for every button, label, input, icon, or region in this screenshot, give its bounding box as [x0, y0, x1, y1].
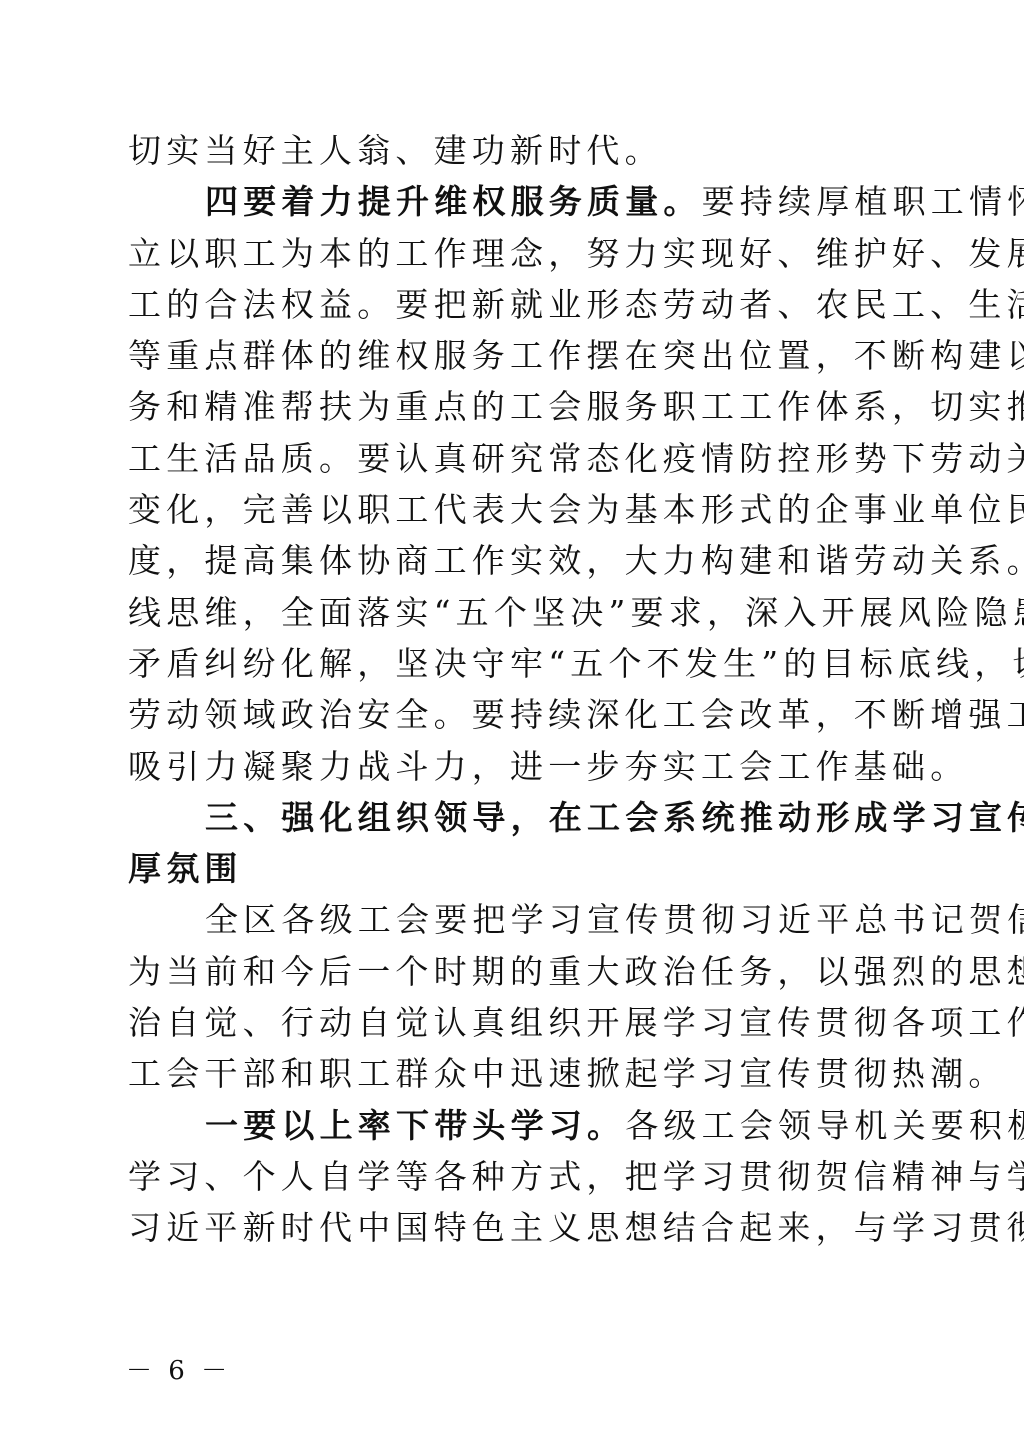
- text-line: 一要以上率下带头学习。各级工会领导机关要积极采取集体: [128, 1100, 898, 1151]
- text-line: 四要着力提升维权服务质量。要持续厚植职工情怀，牢固树: [128, 176, 898, 227]
- heading-line: 厚氛围: [128, 843, 898, 894]
- text-line: 立以职工为本的工作理念，努力实现好、维护好、发展好广大职: [128, 228, 898, 279]
- paragraph-lead: 四要着力提升维权服务质量。: [205, 182, 702, 221]
- paragraph-section-3-intro: 全区各级工会要把学习宣传贯彻习近平总书记贺信精神作 为当前和今后一个时期的重大政…: [128, 894, 898, 1099]
- text-line: 全区各级工会要把学习宣传贯彻习近平总书记贺信精神作: [128, 894, 898, 945]
- paragraph-text: 要持续厚植职工情怀，牢固树: [702, 182, 1024, 221]
- text-line: 矛盾纠纷化解，坚决守牢“五个不发生”的目标底线，切实维护: [128, 638, 898, 689]
- text-line: 工生活品质。要认真研究常态化疫情防控形势下劳动关系的发展: [128, 433, 898, 484]
- text-line: 为当前和今后一个时期的重大政治任务，以强烈的思想自觉、政: [128, 946, 898, 997]
- page-number: － 6 －: [126, 1350, 231, 1387]
- text-line: 务和精准帮扶为重点的工会服务职工工作体系，切实推动提升职: [128, 381, 898, 432]
- text-line: 切实当好主人翁、建功新时代。: [128, 125, 898, 176]
- section-heading-3: 三、强化组织领导，在工会系统推动形成学习宣传贯彻的浓 厚氛围: [128, 792, 898, 895]
- text-line: 吸引力凝聚力战斗力，进一步夯实工会工作基础。: [128, 741, 898, 792]
- text-line: 线思维，全面落实“五个坚决”要求，深入开展风险隐患排查和: [128, 587, 898, 638]
- paragraph-text: 各级工会领导机关要积极采取集体: [625, 1106, 1024, 1145]
- text-line: 变化，完善以职工代表大会为基本形式的企事业单位民主管理制: [128, 484, 898, 535]
- text-line: 治自觉、行动自觉认真组织开展学习宣传贯彻各项工作，在广大: [128, 997, 898, 1048]
- text-line: 劳动领域政治安全。要持续深化工会改革，不断增强工会组织的: [128, 689, 898, 740]
- text-line: 工会干部和职工群众中迅速掀起学习宣传贯彻热潮。: [128, 1048, 898, 1099]
- heading-line: 三、强化组织领导，在工会系统推动形成学习宣传贯彻的浓: [128, 792, 898, 843]
- document-page: 切实当好主人翁、建功新时代。 四要着力提升维权服务质量。要持续厚植职工情怀，牢固…: [0, 0, 1024, 1447]
- text-line: 习近平新时代中国特色主义思想结合起来，与学习贯彻习近平总: [128, 1202, 898, 1253]
- paragraph-lead: 一要以上率下带头学习。: [205, 1106, 625, 1145]
- paragraph-point-1: 一要以上率下带头学习。各级工会领导机关要积极采取集体 学习、个人自学等各种方式，…: [128, 1100, 898, 1254]
- paragraph-continuation: 切实当好主人翁、建功新时代。: [128, 125, 898, 176]
- paragraph-point-4: 四要着力提升维权服务质量。要持续厚植职工情怀，牢固树 立以职工为本的工作理念，努…: [128, 176, 898, 792]
- text-line: 学习、个人自学等各种方式，把学习贯彻贺信精神与学习贯彻: [128, 1151, 898, 1202]
- text-line: 度，提高集体协商工作实效，大力构建和谐劳动关系。要坚持底: [128, 535, 898, 586]
- text-line: 工的合法权益。要把新就业形态劳动者、农民工、生活困难职工: [128, 279, 898, 330]
- page-body: 切实当好主人翁、建功新时代。 四要着力提升维权服务质量。要持续厚植职工情怀，牢固…: [128, 125, 898, 1254]
- text-line: 等重点群体的维权服务工作摆在突出位置，不断构建以普惠性服: [128, 330, 898, 381]
